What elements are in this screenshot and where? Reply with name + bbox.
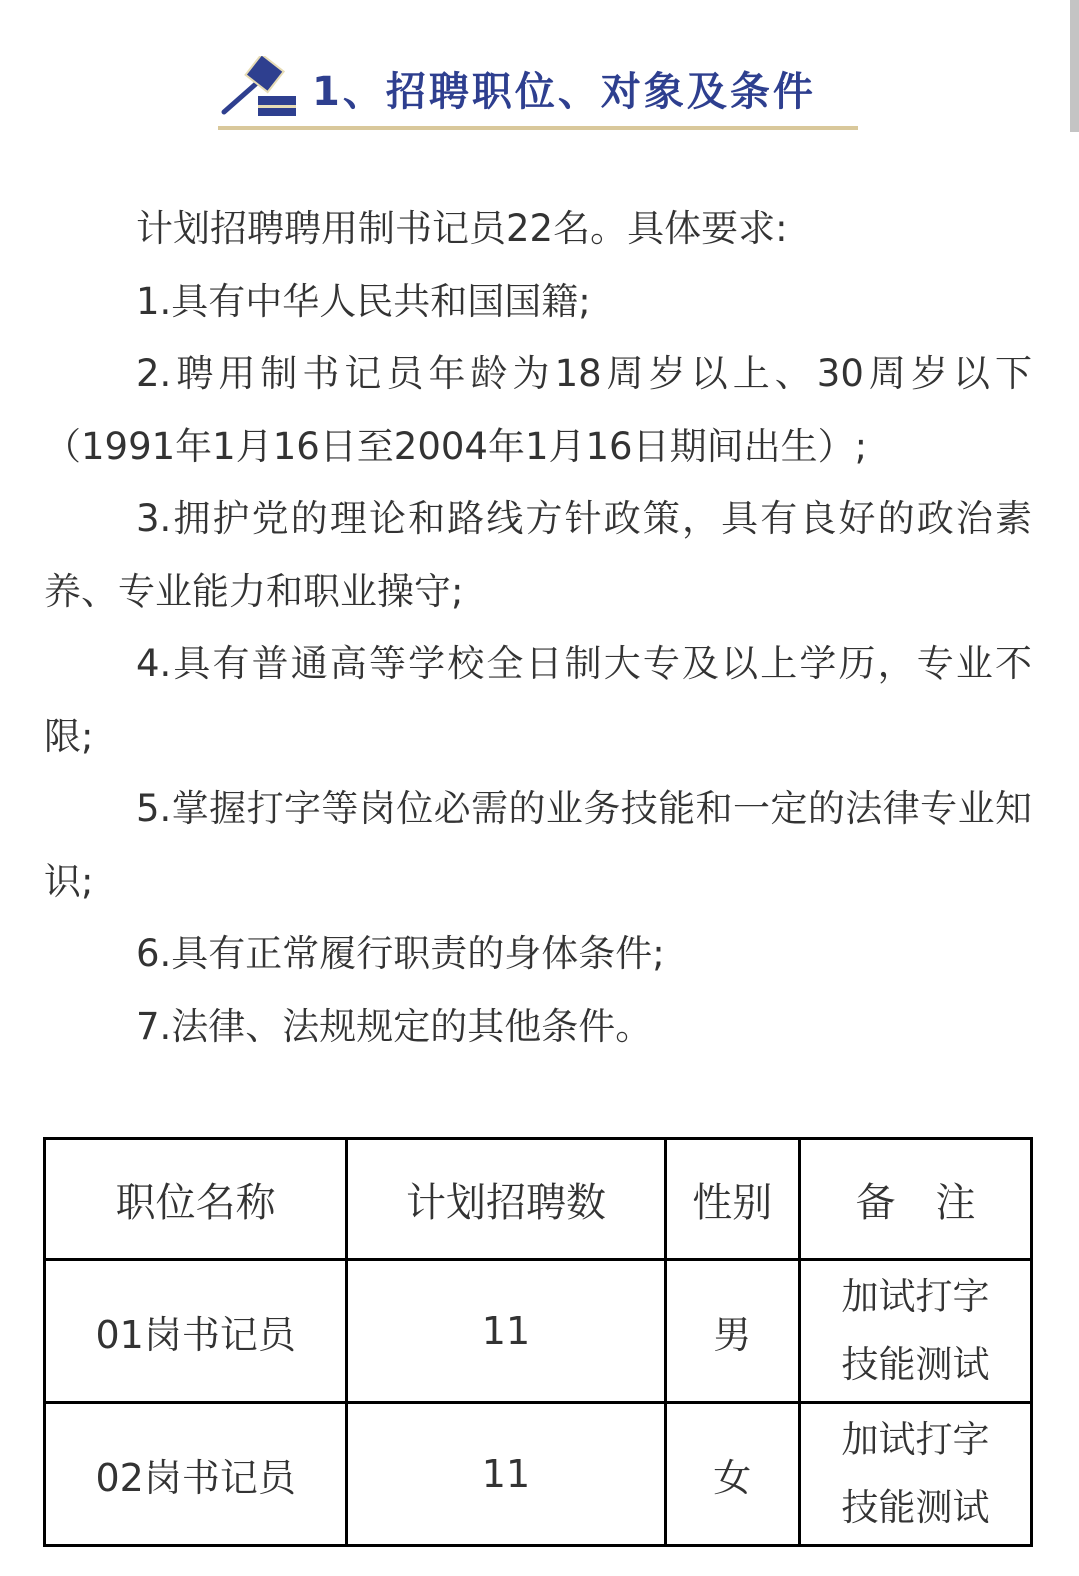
- header-note: 备 注: [799, 1139, 1031, 1260]
- title-underline: [218, 126, 858, 130]
- cell-note: 加试打字 技能测试: [799, 1260, 1031, 1403]
- header-gender: 性别: [665, 1139, 799, 1260]
- note-line: 加试打字: [801, 1406, 1030, 1474]
- cell-position: 02岗书记员: [45, 1403, 347, 1546]
- requirement-item: 6.具有正常履行职责的身体条件;: [44, 918, 1032, 991]
- gavel-icon: [218, 56, 302, 118]
- cell-gender: 男: [665, 1260, 799, 1403]
- cell-count: 11: [347, 1403, 665, 1546]
- requirements-text: 计划招聘聘用制书记员22名。具体要求: 1.具有中华人民共和国国籍; 2.聘用制…: [44, 193, 1032, 1063]
- note-line: 技能测试: [801, 1474, 1030, 1542]
- section-title: 1、招聘职位、对象及条件: [312, 60, 816, 117]
- positions-table: 职位名称 计划招聘数 性别 备 注 01岗书记员 11 男 加试打字 技能测试 …: [43, 1137, 1033, 1547]
- header-count: 计划招聘数: [347, 1139, 665, 1260]
- note-line: 加试打字: [801, 1263, 1030, 1331]
- cell-position: 01岗书记员: [45, 1260, 347, 1403]
- requirement-item: 3.拥护党的理论和路线方针政策，具有良好的政治素养、专业能力和职业操守;: [44, 483, 1032, 628]
- scrollbar[interactable]: [1070, 0, 1079, 132]
- cell-note: 加试打字 技能测试: [799, 1403, 1031, 1546]
- cell-count: 11: [347, 1260, 665, 1403]
- note-line: 技能测试: [801, 1331, 1030, 1399]
- cell-gender: 女: [665, 1403, 799, 1546]
- table-row: 02岗书记员 11 女 加试打字 技能测试: [45, 1403, 1032, 1546]
- table-header-row: 职位名称 计划招聘数 性别 备 注: [45, 1139, 1032, 1260]
- table-row: 01岗书记员 11 男 加试打字 技能测试: [45, 1260, 1032, 1403]
- requirement-item: 7.法律、法规规定的其他条件。: [44, 991, 1032, 1064]
- header-position: 职位名称: [45, 1139, 347, 1260]
- requirement-item: 4.具有普通高等学校全日制大专及以上学历，专业不限;: [44, 628, 1032, 773]
- requirement-item: 1.具有中华人民共和国国籍;: [44, 266, 1032, 339]
- requirement-item: 2.聘用制书记员年龄为18周岁以上、30周岁以下（1991年1月16日至2004…: [44, 338, 1032, 483]
- section-heading: 1、招聘职位、对象及条件: [218, 52, 858, 130]
- intro-paragraph: 计划招聘聘用制书记员22名。具体要求:: [44, 193, 1032, 266]
- requirement-item: 5.掌握打字等岗位必需的业务技能和一定的法律专业知识;: [44, 773, 1032, 918]
